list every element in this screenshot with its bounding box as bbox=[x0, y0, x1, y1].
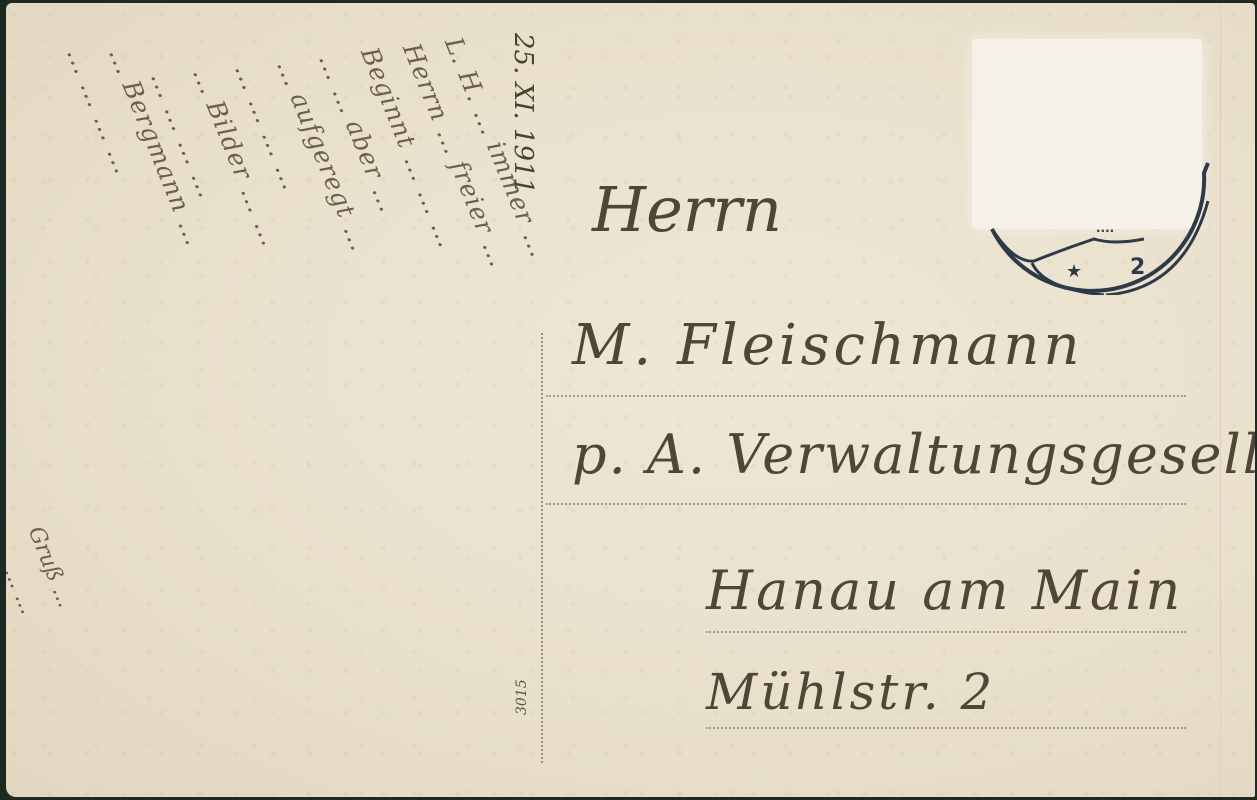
center-divider bbox=[541, 333, 543, 763]
postmark: ★ 2 .... bbox=[984, 33, 1216, 295]
address-salutation: Herrn bbox=[592, 173, 782, 246]
signoff-line: ... ... bbox=[6, 563, 40, 618]
pink-margin-line bbox=[1220, 3, 1221, 797]
postmark-circle-icon bbox=[984, 33, 1216, 295]
address-rule bbox=[706, 631, 1186, 633]
message-area: L. H. ... immer ... Herrn ... freier ...… bbox=[6, 3, 536, 797]
address-name: M. Fleischmann bbox=[572, 313, 1084, 378]
address-rule bbox=[706, 727, 1186, 729]
postmark-star-icon: ★ bbox=[1066, 261, 1082, 282]
postcard: L. H. ... immer ... Herrn ... freier ...… bbox=[6, 3, 1255, 797]
address-company: p. A. Verwaltungsgesellschaft bbox=[572, 423, 1255, 486]
print-number: 3015 bbox=[514, 679, 530, 715]
address-rule bbox=[546, 503, 1186, 505]
address-street: Mühlstr. 2 bbox=[706, 663, 995, 721]
postmark-partial-text: .... bbox=[1096, 221, 1114, 235]
postmark-number: 2 bbox=[1130, 255, 1145, 280]
address-rule bbox=[546, 395, 1186, 397]
address-city: Hanau am Main bbox=[706, 559, 1183, 622]
date: 25. XI. 1911 bbox=[508, 33, 538, 194]
